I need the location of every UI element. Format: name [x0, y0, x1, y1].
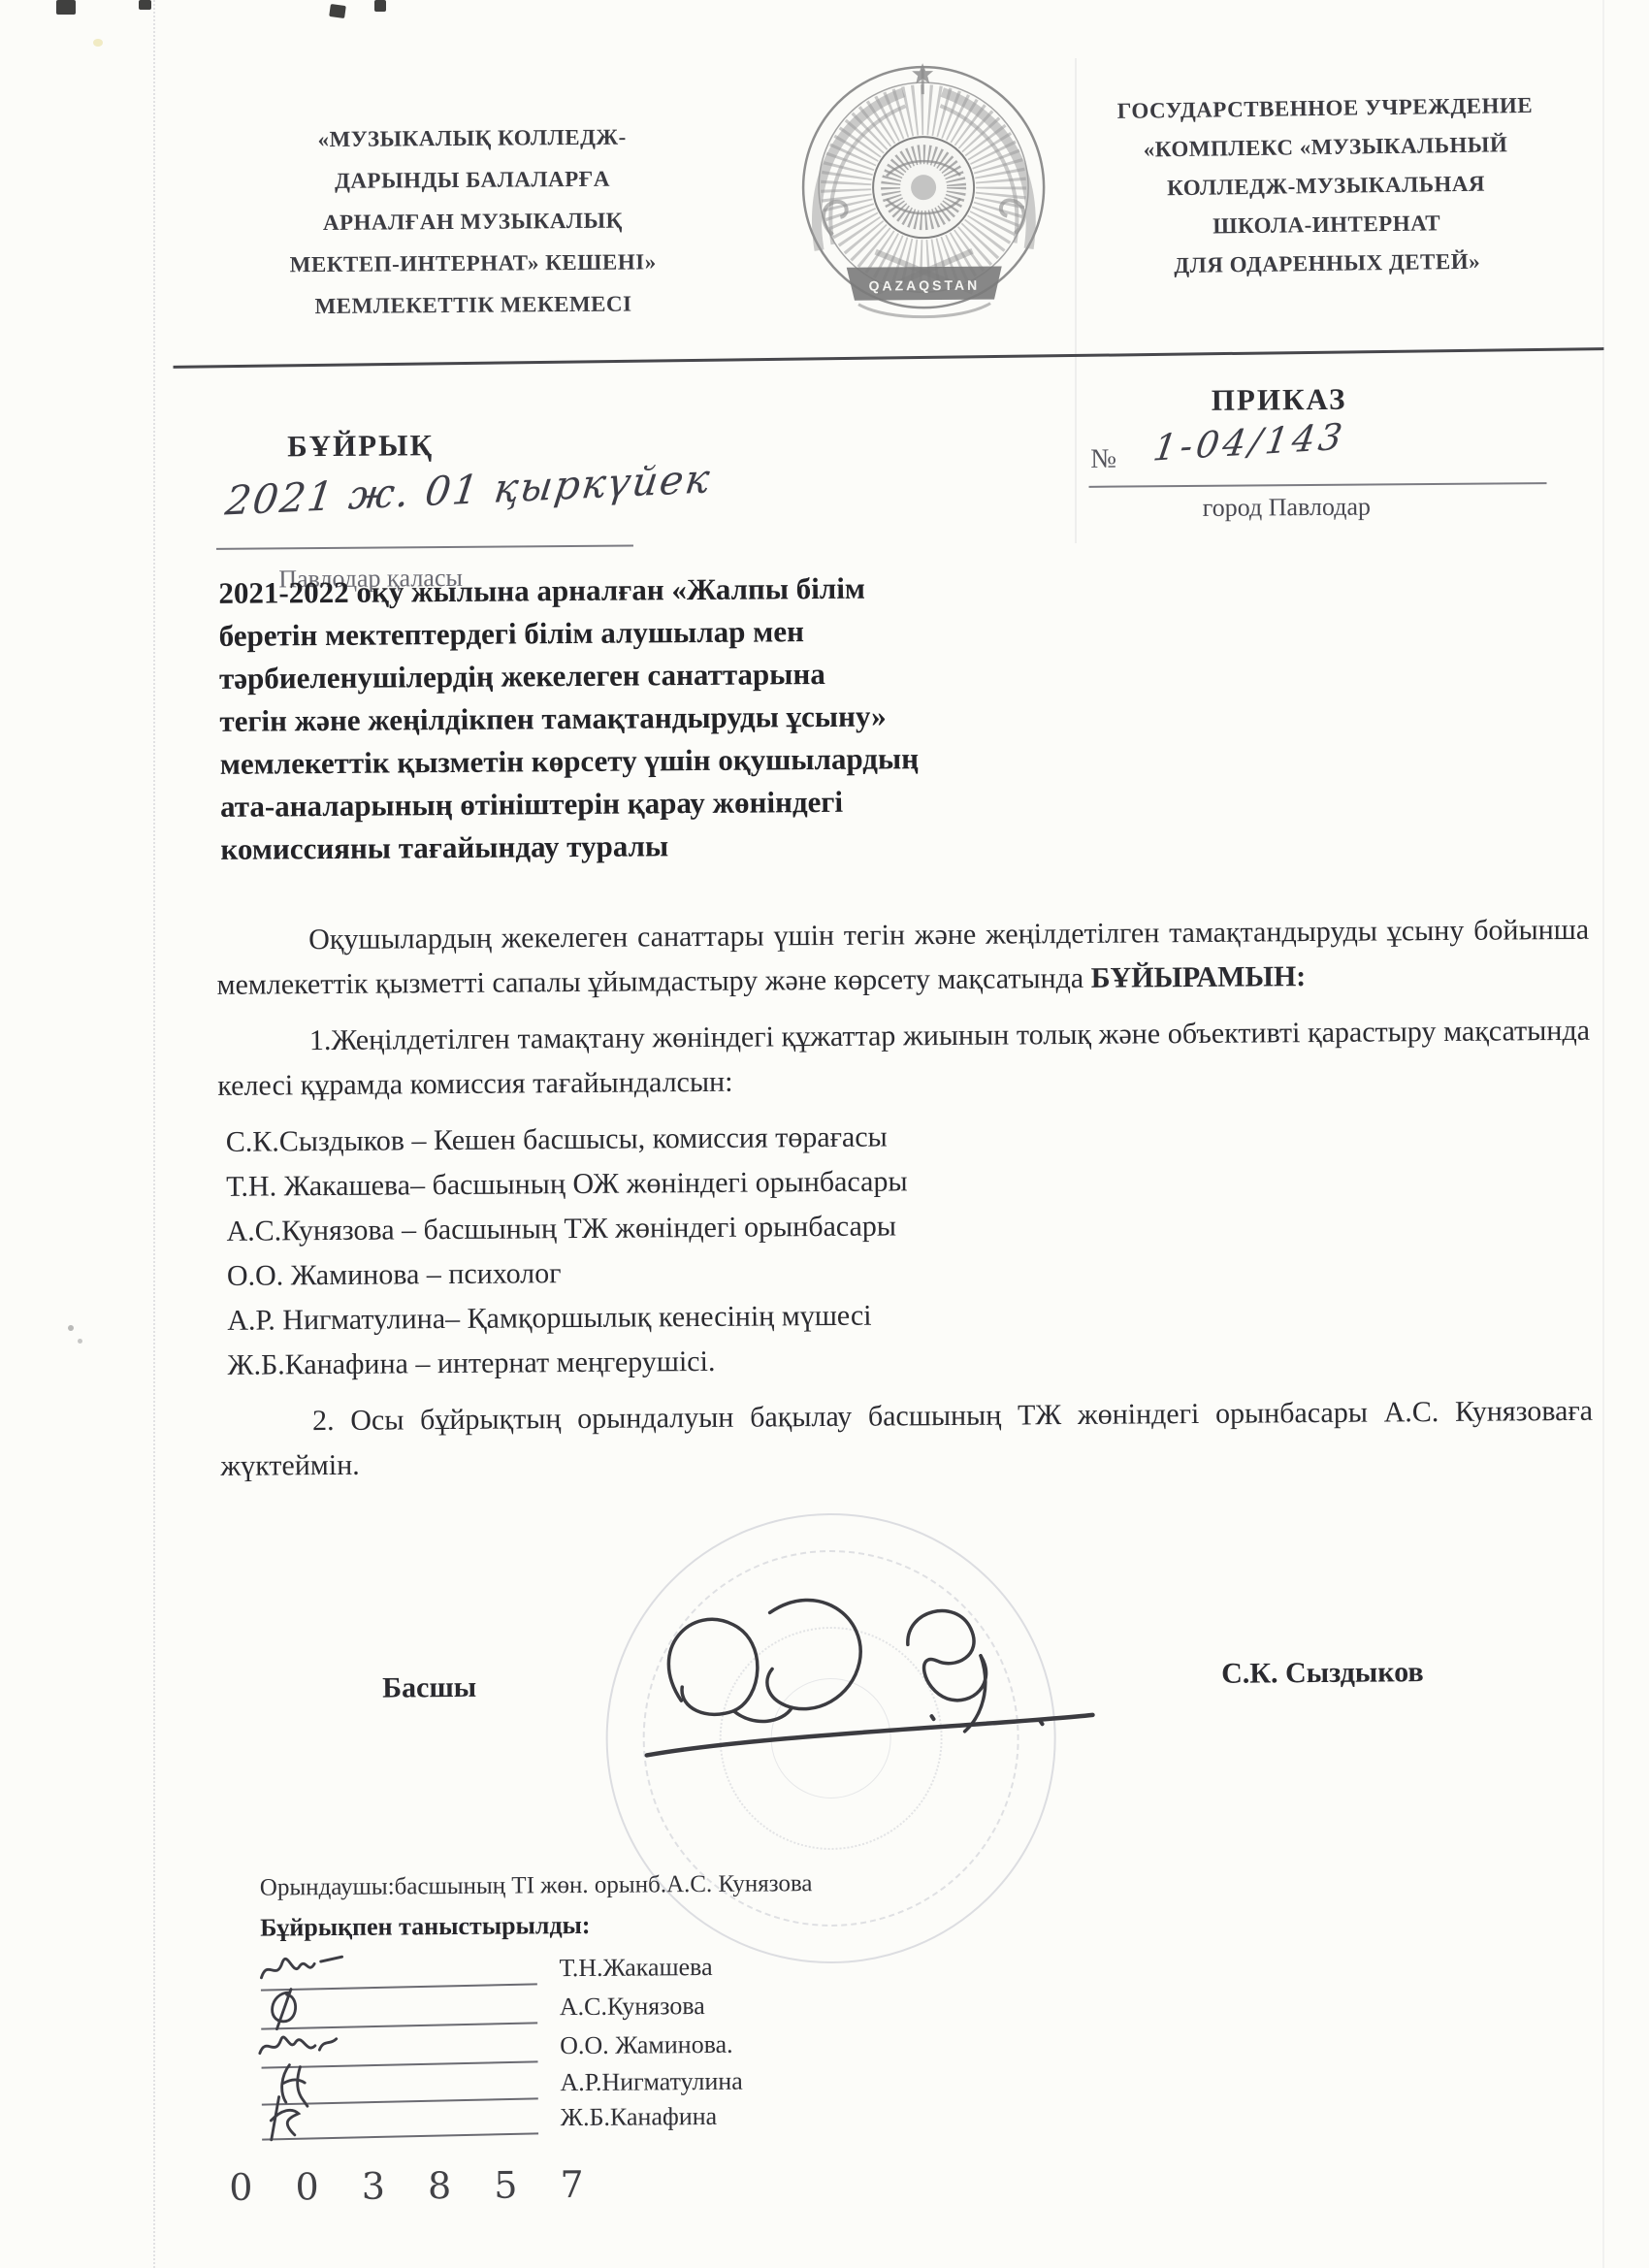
order-body: Оқушылардың жекелеген санаттары үшін тег…: [216, 908, 1594, 1489]
order-title-russian: ПРИКАЗ: [1212, 382, 1347, 418]
subject-line: тегін және жеңілдікпен тамақтандыруды ұс…: [219, 695, 919, 743]
familiarized-name: А.Р.Нигматулина: [560, 2067, 743, 2097]
org-name-line: АРНАЛҒАН МУЗЫКАЛЫҚ: [213, 199, 731, 244]
subject-line: мемлекеттік қызметін көрсету үшін оқушыл…: [220, 737, 920, 786]
commission-members: С.К.Сыздыков – Кешен басшысы, комиссия т…: [218, 1110, 1593, 1388]
subject-line: ата-аналарының өтініштерін қарау жөнінде…: [220, 780, 920, 828]
subject-line: тәрбиеленушілердің жекелеген санаттарына: [219, 652, 919, 700]
document-content: «МУЗЫКАЛЫҚ КОЛЛЕДЖ- ДАРЫНДЫ БАЛАЛАРҒА АР…: [0, 0, 1649, 2268]
familiarized-label: Бұйрықпен таныстырылды:: [260, 1911, 591, 1943]
org-name-line: МЕКТЕП-ИНТЕРНАТ» КЕШЕНІ»: [214, 241, 732, 286]
emblem-banner-text: QAZAQSTAN: [869, 277, 981, 294]
place-russian: город Павлодар: [1203, 493, 1371, 523]
org-name-kazakh: «МУЗЫКАЛЫҚ КОЛЛЕДЖ- ДАРЫНДЫ БАЛАЛАРҒА АР…: [213, 115, 733, 328]
paragraph-text: Оқушылардың жекелеген санаттары үшін тег…: [216, 914, 1589, 1001]
handwritten-number: 1-04/143: [1150, 415, 1348, 469]
form-serial-number: 0 0 3 8 5 7: [229, 2163, 599, 2209]
org-name-line: ДАРЫНДЫ БАЛАЛАРҒА: [213, 157, 731, 203]
org-name-russian: ГОСУДАРСТВЕННОЕ УЧРЕЖДЕНИЕ «КОМПЛЕКС «МУ…: [1051, 85, 1602, 287]
date-underline: [216, 545, 633, 550]
org-name-line: ГОСУДАРСТВЕННОЕ УЧРЕЖДЕНИЕ: [1051, 85, 1600, 132]
scanned-order-document: «МУЗЫКАЛЫҚ КОЛЛЕДЖ- ДАРЫНДЫ БАЛАЛАРҒА АР…: [0, 0, 1649, 2268]
familiarized-name: Т.Н.Жакашева: [559, 1953, 712, 1983]
letterhead-divider: [174, 347, 1604, 369]
org-name-line: ДЛЯ ОДАРЕННЫХ ДЕТЕЙ»: [1052, 241, 1602, 287]
director-signature: [585, 1549, 1149, 1816]
familiarized-name: Ж.Б.Канафина: [561, 2102, 718, 2132]
subject-line: комиссияны тағайындау туралы: [220, 823, 920, 871]
kazakhstan-emblem: QAZAQSTAN: [789, 58, 1058, 324]
signatory-name: С.К. Сыздыков: [1221, 1656, 1424, 1691]
body-paragraph-1: Оқушылардың жекелеген санаттары үшін тег…: [216, 908, 1590, 1008]
subject-line: беретін мектептердегі білім алушылар мен: [219, 609, 919, 658]
body-paragraph-2: 1.Жеңілдетілген тамақтану жөніндегі құжа…: [217, 1009, 1591, 1109]
subject-line: 2021-2022 оқу жылына арналған «Жалпы біл…: [218, 567, 918, 615]
org-name-line: МЕМЛЕКЕТТІК МЕКЕМЕСІ: [214, 282, 732, 328]
signatory-role: Басшы: [382, 1671, 476, 1705]
commission-member: Ж.Б.Канафина – интернат меңгерушісі.: [219, 1333, 1592, 1388]
familiarized-name: А.С.Кунязова: [560, 1992, 705, 2022]
signature-squiggle: [253, 2091, 361, 2144]
order-subject: 2021-2022 оқу жылына арналған «Жалпы біл…: [218, 567, 920, 871]
order-verb-bold: БҰЙЫРАМЫН:: [1091, 960, 1307, 994]
familiarized-name: О.О. Жаминова.: [560, 2030, 733, 2060]
order-title-kazakh: БҰЙРЫҚ: [287, 428, 434, 464]
handwritten-date: 2021 ж. 01 қыркүйек: [223, 455, 714, 524]
number-underline: [1089, 482, 1547, 488]
number-sign: №: [1090, 444, 1116, 475]
signature-line: [261, 2097, 538, 2140]
org-name-line: «МУЗЫКАЛЫҚ КОЛЛЕДЖ-: [213, 115, 731, 161]
body-paragraph-3: 2. Осы бұйрықтың орындалуын бақылау басш…: [220, 1389, 1594, 1489]
